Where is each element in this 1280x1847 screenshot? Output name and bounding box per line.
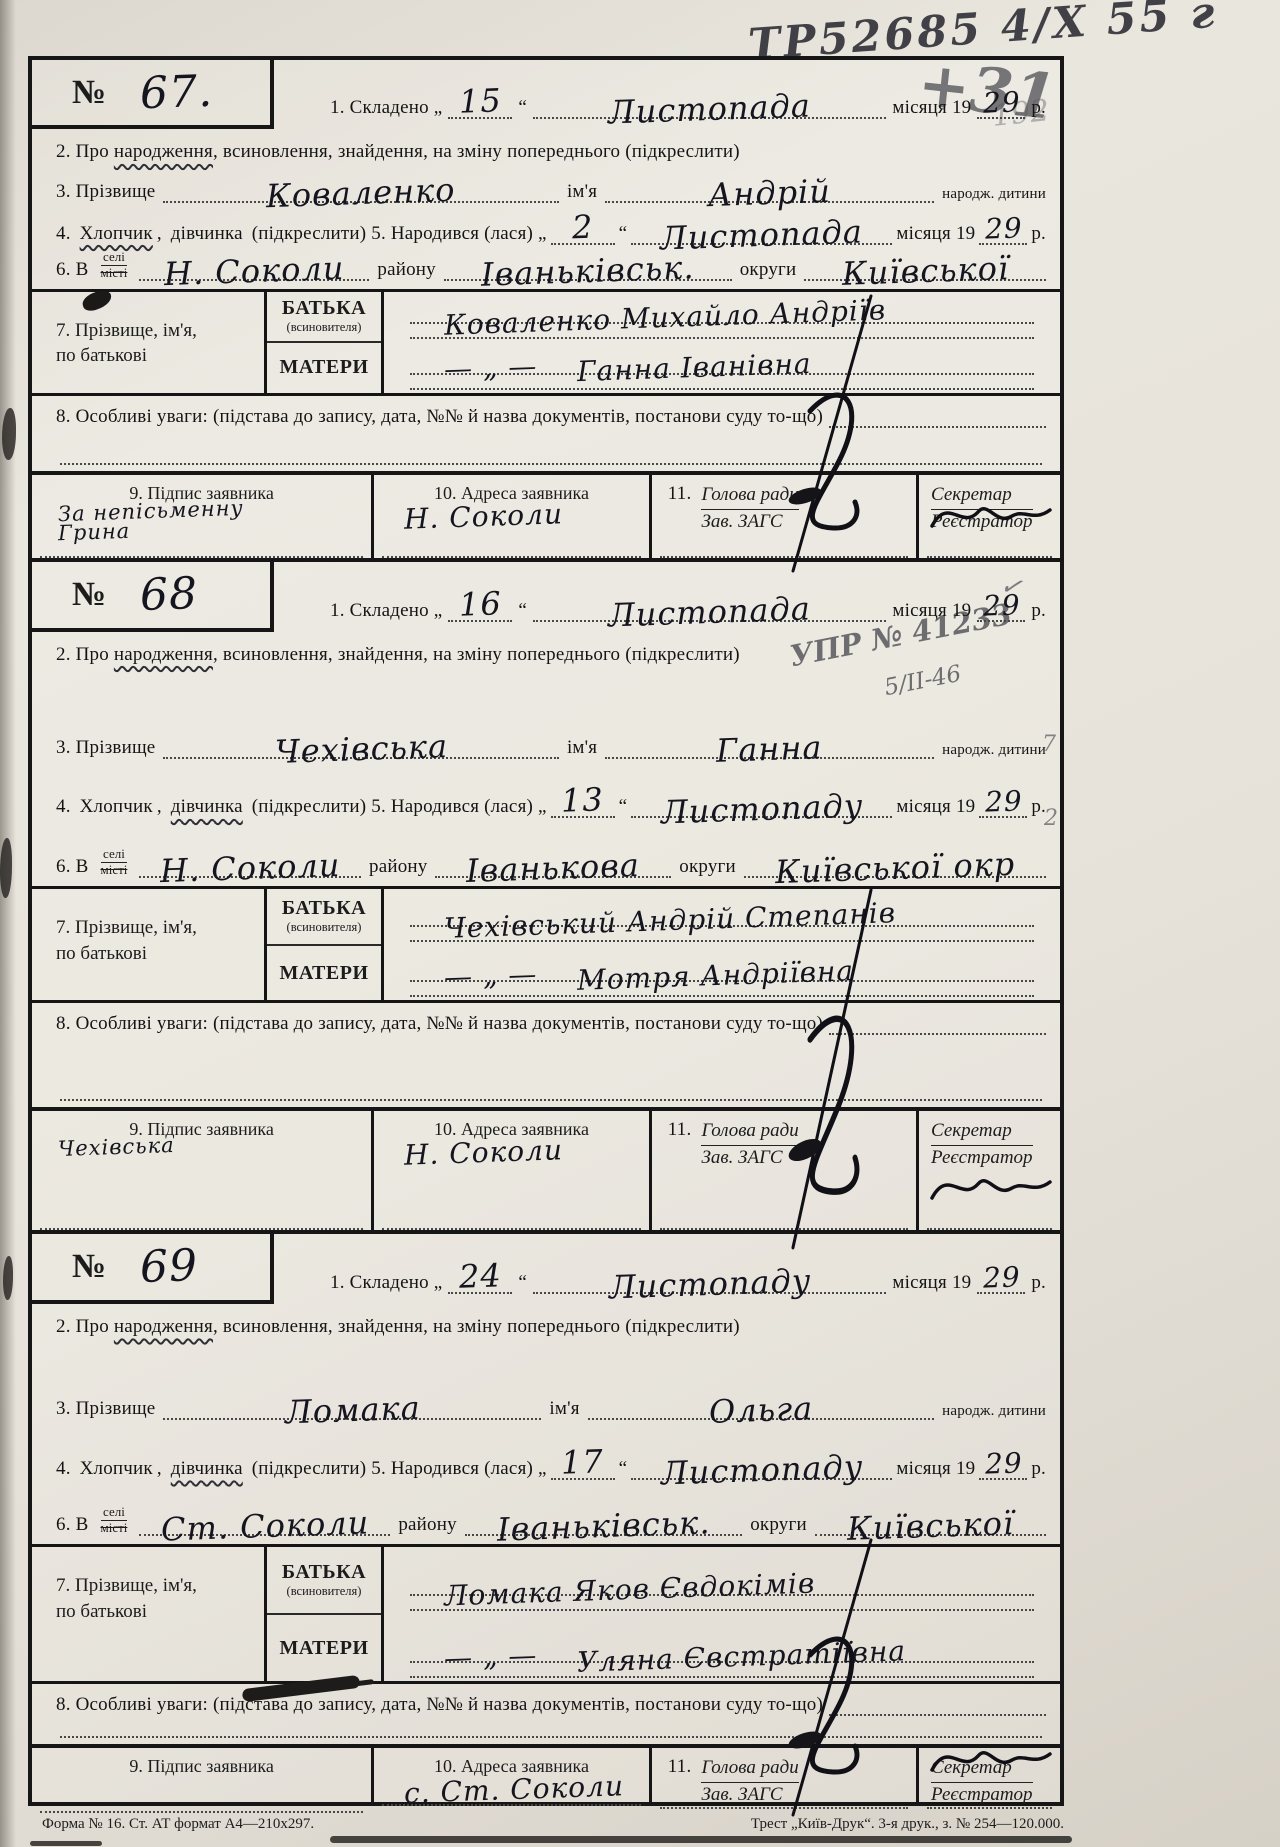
surname-slot: Ломака bbox=[163, 1396, 541, 1420]
composed-day-value: 16 bbox=[459, 589, 503, 619]
registrar-label: Реєстратор bbox=[931, 1146, 1033, 1170]
child-note-label: народж. дитини bbox=[942, 186, 1046, 203]
surname-label: 3. Прізвище bbox=[56, 181, 155, 203]
secretary-column: Секретар Реєстратор bbox=[916, 1748, 1060, 1802]
line8-label: 8. Особливі уваги: (підстава до запису, … bbox=[56, 1013, 823, 1035]
line8-label: 8. Особливі уваги: (підстава до запису, … bbox=[56, 406, 823, 428]
composed-year-value: 29 bbox=[982, 90, 1020, 116]
village-value: Ст. Соколи bbox=[160, 1509, 369, 1545]
rayon-label: району bbox=[369, 856, 427, 878]
line2-prefix-label: 2. Про bbox=[56, 141, 114, 163]
village-slot: Ст. Соколи bbox=[139, 1512, 390, 1536]
mother-label: МАТЕРИ bbox=[267, 962, 381, 985]
zags-label: Зав. ЗАГС bbox=[701, 510, 798, 534]
name-label: ім'я bbox=[567, 737, 597, 759]
signature-row: 9. Підпис заявника 10. Адреса заявника с… bbox=[32, 1744, 1060, 1802]
composed-label: 1. Складено „ bbox=[330, 600, 442, 622]
signature-dotted-line bbox=[382, 1228, 641, 1230]
head-of-council-label: Голова ради bbox=[701, 1756, 798, 1783]
parents-title-line1: 7. Прізвище, ім'я, bbox=[56, 318, 264, 344]
head-zags-fraction: Голова ради Зав. ЗАГС bbox=[701, 483, 798, 534]
okruha-label: округи bbox=[679, 856, 736, 878]
parents-title: 7. Прізвище, ім'я, по батькові bbox=[32, 889, 264, 1000]
line2-prefix-label: 2. Про bbox=[56, 644, 114, 666]
composed-year-slot: 29 bbox=[977, 593, 1025, 622]
record-number-value: 68 bbox=[139, 574, 198, 616]
line4-row: 4. Хлопчик, дівчинка (підкреслити) 5. На… bbox=[32, 211, 1060, 253]
village-value: Н. Соколи bbox=[164, 254, 345, 289]
numero-label: № bbox=[72, 1248, 106, 1286]
name-label: ім'я bbox=[549, 1398, 579, 1420]
father-sub-label: (всиновителя) bbox=[267, 920, 381, 935]
district-slot: Іваньківськ. bbox=[465, 1512, 742, 1536]
signature-dotted-line bbox=[40, 556, 363, 558]
composed-quote: “ bbox=[518, 97, 527, 119]
father-writing-line: Ломака Яков Євдокімів bbox=[410, 1577, 1034, 1596]
girl-word: дівчинка bbox=[171, 223, 243, 245]
mother-role-cell: МАТЕРИ bbox=[267, 1615, 381, 1681]
claimant-address-value: Н. Соколи bbox=[404, 501, 564, 532]
line4-row: 4. Хлопчик, дівчинка (підкреслити) 5. На… bbox=[32, 1428, 1060, 1488]
village-value: Н. Соколи bbox=[160, 851, 341, 886]
composed-day-slot: 24 bbox=[448, 1262, 512, 1294]
signature-dotted-line bbox=[40, 1228, 363, 1230]
father-value-cell: Коваленко Михайло Андріїв bbox=[384, 292, 1060, 342]
composed-month-value: Листопада bbox=[608, 594, 812, 630]
record-header-row: № 67. 1. Складено „ 15 “ Листопада місяц… bbox=[32, 60, 1060, 129]
item11-label: 11. bbox=[668, 1119, 692, 1141]
zags-label: Зав. ЗАГС bbox=[701, 1146, 798, 1170]
signature-dotted-line bbox=[40, 1811, 363, 1813]
composed-label: 1. Складено „ bbox=[330, 1272, 442, 1294]
seli-label: селі bbox=[101, 250, 127, 266]
signature-dotted-line bbox=[660, 1807, 908, 1809]
composed-year-slot: 29 bbox=[977, 90, 1025, 119]
line2-rest-label: , всиновлення, знайдення, на зміну попер… bbox=[213, 644, 740, 666]
signature-dotted-line bbox=[382, 556, 641, 558]
line4-prefix-label: 4. bbox=[56, 796, 76, 818]
born-year-slot: 29 bbox=[979, 1451, 1027, 1480]
born-day-slot: 2 bbox=[551, 213, 615, 245]
surname-label: 3. Прізвище bbox=[56, 1398, 155, 1420]
girl-word: дівчинка bbox=[171, 796, 243, 818]
seli-misti-fraction: селі місті bbox=[100, 1505, 127, 1536]
blank-dotted-line bbox=[60, 463, 1042, 465]
secretary-label: Секретар bbox=[931, 1756, 1033, 1783]
mother-value-cell: — „ —Уляна Євстратіївна bbox=[384, 1614, 1060, 1681]
signature-row: 9. Підпис заявника За непісьменну Грина … bbox=[32, 471, 1060, 558]
paper-left-edge bbox=[0, 0, 16, 1847]
parents-values-column: Чехівський Андрій Степанів — „ —Мотря Ан… bbox=[384, 889, 1060, 1000]
mother-name-value: Мотря Андріївна bbox=[577, 958, 855, 993]
village-slot: Н. Соколи bbox=[139, 257, 369, 281]
boy-word: Хлопчик bbox=[80, 1458, 153, 1480]
mother-label: МАТЕРИ bbox=[267, 1637, 381, 1660]
composed-month-slot: Листопаду bbox=[533, 1270, 886, 1294]
secretary-column: Секретар Реєстратор bbox=[916, 1111, 1060, 1230]
composed-label: 1. Складено „ bbox=[330, 97, 442, 119]
secretary-label: Секретар bbox=[931, 1119, 1033, 1146]
father-role-cell: БАТЬКА (всиновителя) bbox=[267, 292, 381, 343]
seli-misti-fraction: селі місті bbox=[100, 250, 127, 281]
line4-rest-label: (підкреслити) 5. Народився (лася) „ bbox=[247, 1458, 547, 1480]
record-number-value: 69 bbox=[139, 1246, 198, 1288]
line3-row: 3. Прізвище Чехівська ім'я Ганна народж.… bbox=[32, 707, 1060, 767]
record-number-box: № 69 bbox=[32, 1234, 274, 1304]
mother-role-cell: МАТЕРИ bbox=[267, 343, 381, 392]
line6-row: 6. В селі місті Н. Соколи району Іванько… bbox=[32, 826, 1060, 886]
line4-comma: , bbox=[157, 223, 167, 245]
born-month-label: місяця 19 bbox=[896, 796, 975, 818]
mother-ditto-value: — „ — bbox=[444, 354, 538, 382]
line3-row: 3. Прізвище Ломака ім'я Ольга народж. ди… bbox=[32, 1368, 1060, 1428]
signature-dotted-line bbox=[660, 556, 908, 558]
line4-prefix-label: 4. bbox=[56, 223, 76, 245]
composed-month-label: місяця 19 bbox=[892, 1272, 971, 1294]
born-year-value: 29 bbox=[984, 789, 1022, 815]
composed-year-value: 29 bbox=[982, 592, 1020, 618]
line2-row: 2. Про народження, всиновлення, знайденн… bbox=[32, 1304, 1060, 1368]
rayon-label: району bbox=[377, 259, 435, 281]
parents-title-line2: по батькові bbox=[56, 1599, 264, 1625]
composed-month-value: Листопаду bbox=[608, 1267, 811, 1303]
born-quote: “ bbox=[619, 223, 628, 245]
born-year-suffix: р. bbox=[1031, 796, 1046, 818]
line8-row: 8. Особливі уваги: (підстава до запису, … bbox=[32, 396, 1060, 471]
born-year-suffix: р. bbox=[1031, 1458, 1046, 1480]
line3-row: 3. Прізвище Коваленко ім'я Андрій народж… bbox=[32, 165, 1060, 211]
secretary-label: Секретар bbox=[931, 483, 1033, 510]
seli-label: селі bbox=[101, 1505, 127, 1521]
okruha-slot: Київської bbox=[815, 1512, 1046, 1536]
line4-row: 4. Хлопчик, дівчинка (підкреслити) 5. На… bbox=[32, 767, 1060, 827]
born-month-value: Листопаду bbox=[660, 791, 863, 827]
parents-title-line2: по батькові bbox=[56, 343, 264, 369]
surname-value: Коваленко bbox=[266, 176, 456, 211]
okruha-value: Київської bbox=[846, 1509, 1014, 1544]
okruha-slot: Київської bbox=[804, 257, 1046, 281]
claimant-sign-column: 9. Підпис заявника bbox=[32, 1748, 371, 1802]
parents-title-line2: по батькові bbox=[56, 941, 264, 967]
child-note-label: народж. дитини bbox=[942, 742, 1046, 759]
line6-v-label: 6. В bbox=[56, 259, 88, 281]
claimant-address-column: 10. Адреса заявника Н. Соколи bbox=[371, 475, 649, 558]
claimant-address-column: 10. Адреса заявника с. Ст. Соколи bbox=[371, 1748, 649, 1802]
parents-role-column: БАТЬКА (всиновителя) МАТЕРИ bbox=[264, 889, 384, 1000]
village-slot: Н. Соколи bbox=[139, 854, 361, 878]
head-zags-fraction: Голова ради Зав. ЗАГС bbox=[701, 1119, 798, 1170]
composed-day-slot: 15 bbox=[448, 87, 512, 119]
mother-name-value: Ганна Іванівна bbox=[577, 351, 812, 384]
composed-day-value: 24 bbox=[459, 1261, 503, 1291]
seli-misti-fraction: селі місті bbox=[100, 847, 127, 878]
record-header-row: № 69 1. Складено „ 24 “ Листопаду місяця… bbox=[32, 1234, 1060, 1304]
record-number-box: № 67. bbox=[32, 60, 274, 129]
composed-line: 1. Складено „ 16 “ Листопада місяця 19 2… bbox=[274, 562, 1060, 632]
line2-birth-word: народження bbox=[114, 644, 213, 666]
signature-dotted-line bbox=[927, 556, 1052, 558]
born-month-slot: Листопада bbox=[631, 221, 892, 245]
okruha-label: округи bbox=[750, 1514, 807, 1536]
misti-label: місті bbox=[100, 1521, 127, 1536]
surname-slot: Коваленко bbox=[163, 179, 559, 203]
born-month-label: місяця 19 bbox=[896, 223, 975, 245]
line4-comma: , bbox=[157, 796, 167, 818]
district-slot: Іванькова bbox=[435, 854, 671, 878]
officials-column: 11. Голова ради Зав. ЗАГС bbox=[649, 1748, 916, 1802]
name-label: ім'я bbox=[567, 181, 597, 203]
line4-rest-label: (підкреслити) 5. Народився (лася) „ bbox=[247, 796, 547, 818]
secretary-registrar-fraction: Секретар Реєстратор bbox=[931, 483, 1033, 534]
composed-month-slot: Листопада bbox=[533, 598, 886, 622]
line2-prefix-label: 2. Про bbox=[56, 1316, 114, 1338]
officials-column: 11. Голова ради Зав. ЗАГС bbox=[649, 1111, 916, 1230]
parents-block: 7. Прізвище, ім'я, по батькові БАТЬКА (в… bbox=[32, 1544, 1060, 1684]
born-year-value: 29 bbox=[984, 1450, 1022, 1476]
claimant-sign-value-1: Чехівська bbox=[58, 1136, 175, 1159]
head-of-council-label: Голова ради bbox=[701, 483, 798, 510]
boy-word: Хлопчик bbox=[80, 223, 153, 245]
signature-dotted-line bbox=[927, 1807, 1052, 1809]
born-year-suffix: р. bbox=[1031, 223, 1046, 245]
claimant-sign-value-2: Грина bbox=[58, 522, 131, 543]
composed-year-suffix: р. bbox=[1031, 1272, 1046, 1294]
name-value: Ганна bbox=[716, 733, 823, 765]
name-slot: Ганна bbox=[605, 735, 934, 759]
father-value-cell: Чехівський Андрій Степанів bbox=[384, 889, 1060, 945]
line8-row: 8. Особливі уваги: (підстава до запису, … bbox=[32, 1003, 1060, 1106]
born-month-slot: Листопаду bbox=[631, 1456, 892, 1480]
secretary-column: Секретар Реєстратор bbox=[916, 475, 1060, 558]
composed-month-label: місяця 19 bbox=[892, 97, 971, 119]
composed-day-value: 15 bbox=[459, 87, 503, 117]
mother-role-cell: МАТЕРИ bbox=[267, 946, 381, 1001]
item11-label: 11. bbox=[668, 1756, 692, 1778]
born-quote: “ bbox=[619, 1458, 628, 1480]
mother-label: МАТЕРИ bbox=[267, 356, 381, 379]
record-block: № 69 1. Складено „ 24 “ Листопаду місяця… bbox=[32, 1234, 1060, 1802]
born-quote: “ bbox=[619, 796, 628, 818]
surname-value: Ломака bbox=[284, 1394, 421, 1428]
composed-line: 1. Складено „ 15 “ Листопада місяця 19 2… bbox=[274, 60, 1060, 129]
born-day-value: 13 bbox=[561, 786, 605, 816]
claimant-sign-column: 9. Підпис заявника Чехівська bbox=[32, 1111, 371, 1230]
line8-label: 8. Особливі уваги: (підстава до запису, … bbox=[56, 1694, 823, 1716]
parents-title: 7. Прізвище, ім'я, по батькові bbox=[32, 1547, 264, 1681]
officials-column: 11. Голова ради Зав. ЗАГС bbox=[649, 475, 916, 558]
father-sub-label: (всиновителя) bbox=[267, 320, 381, 335]
record-number-box: № 68 bbox=[32, 562, 274, 632]
child-note-label: народж. дитини bbox=[942, 1403, 1046, 1420]
scan-edge-smudge bbox=[30, 1841, 102, 1846]
rayon-label: району bbox=[398, 1514, 456, 1536]
mother-writing-line: — „ —Ганна Іванівна bbox=[410, 355, 1034, 374]
head-zags-fraction: Голова ради Зав. ЗАГС bbox=[701, 1756, 798, 1807]
district-value: Іваньківськ. bbox=[481, 253, 695, 289]
parents-title-line1: 7. Прізвище, ім'я, bbox=[56, 1573, 264, 1599]
okruha-slot: Київської окр bbox=[744, 854, 1046, 878]
parents-block: 7. Прізвище, ім'я, по батькові БАТЬКА (в… bbox=[32, 289, 1060, 396]
born-year-slot: 29 bbox=[979, 216, 1027, 245]
line4-comma: , bbox=[157, 1458, 167, 1480]
line4-prefix-label: 4. bbox=[56, 1458, 76, 1480]
born-day-value: 17 bbox=[561, 1447, 605, 1477]
born-month-value: Листопаду bbox=[660, 1453, 863, 1489]
parents-values-column: Коваленко Михайло Андріїв — „ —Ганна Іва… bbox=[384, 292, 1060, 393]
mother-ditto-value: — „ — bbox=[444, 1642, 538, 1670]
line6-row: 6. В селі місті Ст. Соколи району Іваньк… bbox=[32, 1488, 1060, 1544]
mother-value-cell: — „ —Ганна Іванівна bbox=[384, 342, 1060, 392]
parents-role-column: БАТЬКА (всиновителя) МАТЕРИ bbox=[264, 292, 384, 393]
line4-rest-label: (підкреслити) 5. Народився (лася) „ bbox=[247, 223, 547, 245]
composed-month-value: Листопада bbox=[608, 92, 812, 128]
born-month-slot: Листопаду bbox=[631, 795, 892, 819]
composed-line: 1. Складено „ 24 “ Листопаду місяця 19 2… bbox=[274, 1234, 1060, 1304]
born-year-value: 29 bbox=[984, 215, 1022, 241]
composed-quote: “ bbox=[518, 600, 527, 622]
signature-row: 9. Підпис заявника Чехівська 10. Адреса … bbox=[32, 1107, 1060, 1230]
mother-value-cell: — „ —Мотря Андріївна bbox=[384, 945, 1060, 1001]
composed-quote: “ bbox=[518, 1272, 527, 1294]
okruha-value: Київської окр bbox=[774, 850, 1015, 887]
born-day-value: 2 bbox=[571, 212, 593, 242]
born-day-slot: 17 bbox=[551, 1448, 615, 1480]
line6-v-label: 6. В bbox=[56, 1514, 88, 1536]
composed-year-suffix: р. bbox=[1031, 97, 1046, 119]
line2-row: 2. Про народження, всиновлення, знайденн… bbox=[32, 632, 1060, 708]
parents-values-column: Ломака Яков Євдокімів — „ —Уляна Євстрат… bbox=[384, 1547, 1060, 1681]
mother-writing-line: — „ —Уляна Євстратіївна bbox=[410, 1644, 1034, 1663]
item11-label: 11. bbox=[668, 483, 692, 505]
line6-v-label: 6. В bbox=[56, 856, 88, 878]
father-label: БАТЬКА bbox=[267, 297, 381, 320]
scanned-registry-page: { "page": { "top_annotation": "ТР52685 4… bbox=[0, 0, 1280, 1847]
signature-dotted-line bbox=[927, 1228, 1052, 1230]
claimant-address-value: с. Ст. Соколи bbox=[404, 1773, 625, 1806]
name-slot: Ольга bbox=[588, 1396, 934, 1420]
born-year-slot: 29 bbox=[979, 789, 1027, 818]
father-writing-line: Чехівський Андрій Степанів bbox=[410, 908, 1034, 927]
registrar-label: Реєстратор bbox=[931, 1783, 1033, 1807]
girl-word: дівчинка bbox=[171, 1458, 243, 1480]
father-label: БАТЬКА bbox=[267, 1561, 381, 1584]
record-block: № 68 1. Складено „ 16 “ Листопада місяця… bbox=[32, 562, 1060, 1234]
secretary-registrar-fraction: Секретар Реєстратор bbox=[931, 1119, 1033, 1170]
parents-role-column: БАТЬКА (всиновителя) МАТЕРИ bbox=[264, 1547, 384, 1681]
name-value: Андрій bbox=[708, 177, 832, 210]
composed-day-slot: 16 bbox=[448, 590, 512, 622]
seli-label: селі bbox=[101, 847, 127, 863]
father-sub-label: (всиновителя) bbox=[267, 1584, 381, 1599]
okruha-label: округи bbox=[740, 259, 797, 281]
composed-year-value: 29 bbox=[982, 1264, 1020, 1290]
surname-slot: Чехівська bbox=[163, 735, 559, 759]
mother-ditto-value: — „ — bbox=[444, 962, 538, 990]
record-header-row: № 68 1. Складено „ 16 “ Листопада місяця… bbox=[32, 562, 1060, 632]
parents-block: 7. Прізвище, ім'я, по батькові БАТЬКА (в… bbox=[32, 886, 1060, 1003]
father-label: БАТЬКА bbox=[267, 897, 381, 920]
father-role-cell: БАТЬКА (всиновителя) bbox=[267, 1547, 381, 1615]
blank-dotted-line bbox=[60, 1099, 1042, 1101]
line2-birth-word: народження bbox=[114, 1316, 213, 1338]
composed-year-suffix: р. bbox=[1031, 600, 1046, 622]
parents-title: 7. Прізвище, ім'я, по батькові bbox=[32, 292, 264, 393]
zags-label: Зав. ЗАГС bbox=[701, 1783, 798, 1807]
head-of-council-label: Голова ради bbox=[701, 1119, 798, 1146]
boy-word: Хлопчик bbox=[80, 796, 153, 818]
district-value: Іванькова bbox=[466, 851, 641, 886]
numero-label: № bbox=[72, 74, 106, 112]
line2-row: 2. Про народження, всиновлення, знайденн… bbox=[32, 129, 1060, 165]
line2-rest-label: , всиновлення, знайдення, на зміну попер… bbox=[213, 1316, 740, 1338]
claimant-sign-label: 9. Підпис заявника bbox=[32, 1748, 371, 1777]
born-month-label: місяця 19 bbox=[896, 1458, 975, 1480]
born-day-slot: 13 bbox=[551, 786, 615, 818]
line6-row: 6. В селі місті Н. Соколи району Іванькі… bbox=[32, 253, 1060, 289]
name-value: Ольга bbox=[708, 1394, 813, 1426]
surname-label: 3. Прізвище bbox=[56, 737, 155, 759]
numero-label: № bbox=[72, 576, 106, 614]
scan-edge-smudge bbox=[330, 1836, 1072, 1843]
registry-form-frame: № 67. 1. Складено „ 15 “ Листопада місяц… bbox=[28, 56, 1064, 1806]
claimant-address-value: Н. Соколи bbox=[404, 1137, 564, 1168]
district-value: Іваньківськ. bbox=[496, 1508, 710, 1544]
father-writing-line: Коваленко Михайло Андріїв bbox=[410, 305, 1034, 324]
registrar-label: Реєстратор bbox=[931, 510, 1033, 534]
record-block: № 67. 1. Складено „ 15 “ Листопада місяц… bbox=[32, 60, 1060, 562]
line2-birth-word: народження bbox=[114, 141, 213, 163]
parents-title-line1: 7. Прізвище, ім'я, bbox=[56, 915, 264, 941]
claimant-address-column: 10. Адреса заявника Н. Соколи bbox=[371, 1111, 649, 1230]
record-number-value: 67. bbox=[140, 72, 214, 114]
composed-year-slot: 29 bbox=[977, 1265, 1025, 1294]
line2-rest-label: , всиновлення, знайдення, на зміну попер… bbox=[213, 141, 740, 163]
misti-label: місті bbox=[100, 863, 127, 878]
surname-value: Чехівська bbox=[274, 732, 448, 767]
okruha-value: Київської bbox=[841, 254, 1009, 289]
father-role-cell: БАТЬКА (всиновителя) bbox=[267, 889, 381, 946]
printer-footnote: Трест „Київ-Друк“. 3-я друк., з. № 254—1… bbox=[640, 1816, 1064, 1833]
blank-dotted-line bbox=[60, 1736, 1042, 1738]
signature-dotted-line bbox=[660, 1228, 908, 1230]
line8-row: 8. Особливі уваги: (підстава до запису, … bbox=[32, 1684, 1060, 1744]
secretary-registrar-fraction: Секретар Реєстратор bbox=[931, 1756, 1033, 1807]
mother-writing-line: — „ —Мотря Андріївна bbox=[410, 963, 1034, 982]
father-value-cell: Ломака Яков Євдокімів bbox=[384, 1547, 1060, 1614]
composed-month-label: місяця 19 bbox=[892, 600, 971, 622]
name-slot: Андрій bbox=[605, 179, 934, 203]
district-slot: Іваньківськ. bbox=[444, 257, 732, 281]
misti-label: місті bbox=[100, 266, 127, 281]
form-number-footnote: Форма № 16. Ст. АТ формат А4—210х297. bbox=[42, 1816, 314, 1833]
claimant-sign-column: 9. Підпис заявника За непісьменну Грина bbox=[32, 475, 371, 558]
composed-month-slot: Листопада bbox=[533, 95, 886, 119]
